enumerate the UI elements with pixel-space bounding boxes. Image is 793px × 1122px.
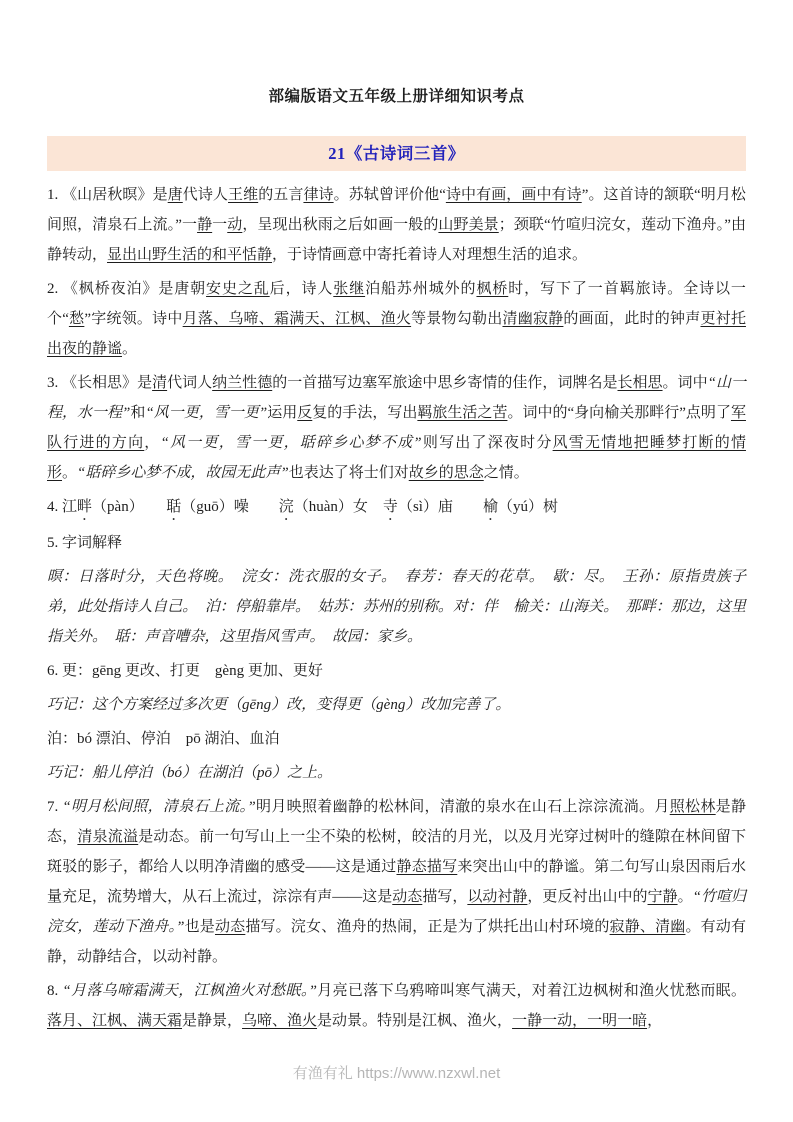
text-segment: 寂静、清幽 [610, 919, 686, 935]
text-segment: 清泉流溢 [77, 829, 138, 845]
text-segment: 。苏轼曾评价他“ [334, 187, 446, 203]
text-segment: “明月松间照，清泉石上流。” [62, 799, 255, 815]
text-segment: 描写。浣女、渔舟的热闹，正是为了烘托出山村环境的 [245, 919, 609, 935]
text-segment: 乌啼、渔火 [242, 1013, 317, 1029]
text-segment: 7. [47, 799, 62, 815]
footer-watermark: 有渔有礼 https://www.nzxwl.net [0, 1062, 793, 1083]
text-segment: 巧记：船儿停泊（bó）在湖泊（pō）之上。 [47, 765, 332, 781]
paragraph-point-3: 3. 《长相思》是清代词人纳兰性德的一首描写边塞军旅途中思乡寄情的佳作，词牌名是… [47, 368, 746, 488]
text-segment: 代词人 [167, 375, 212, 391]
document-body: 1. 《山居秋暝》是唐代诗人王维的五言律诗。苏轼曾评价他“诗中有画，画中有诗”。… [47, 180, 746, 1036]
text-segment: 张继 [333, 281, 365, 297]
text-segment: 之情。 [484, 465, 529, 481]
text-segment: 暝：日落时分，天色将晚。 浣女：洗衣服的女子。 春芳：春天的花草。 歇：尽。 王… [47, 569, 746, 645]
text-segment: 静态描写 [396, 859, 457, 875]
text-segment: 诗中有画，画中有诗 [446, 187, 582, 203]
text-segment: 聒 [166, 499, 181, 515]
text-segment: 律诗 [303, 187, 333, 203]
text-segment: 一 [212, 217, 227, 233]
paragraph-point-6-geng: 6. 更：gēng 更改、打更 gèng 更加、更好 [47, 656, 746, 686]
text-segment: 巧记：这个方案经过多次更（gēng）改，变得更（gèng）改加完善了。 [47, 697, 510, 713]
text-segment: 寺 [383, 499, 398, 515]
text-segment: “风一更，雪一更，聒碎乡心梦不成” [161, 435, 422, 451]
paragraph-point-8: 8. “月落乌啼霜满天，江枫渔火对愁眠。”月亮已落下乌鸦啼叫寒气满天，对着江边枫… [47, 976, 746, 1036]
text-segment: 显出山野生活的和平恬静 [107, 247, 272, 263]
text-segment: 浣 [279, 499, 294, 515]
paragraph-point-5-glossary: 暝：日落时分，天色将晚。 浣女：洗衣服的女子。 春芳：春天的花草。 歇：尽。 王… [47, 562, 746, 652]
text-segment: 。词中的“身向榆关那畔行”点明了 [507, 405, 731, 421]
text-segment: 唐 [168, 187, 183, 203]
text-segment: 1. 《山居秋暝》是 [47, 187, 168, 203]
paragraph-point-2: 2. 《枫桥夜泊》是唐朝安史之乱后，诗人张继泊船苏州城外的枫桥时，写下了一首羁旅… [47, 274, 746, 364]
text-segment: （guō）噪 [181, 499, 279, 515]
document-page: 部编版语文五年级上册详细知识考点 21《古诗词三首》 1. 《山居秋暝》是唐代诗… [0, 0, 793, 1036]
text-segment: 落月、江枫、满天霜 [47, 1013, 182, 1029]
text-segment: 是动景。特别是江枫、渔火， [317, 1013, 512, 1029]
paragraph-point-5-heading: 5. 字词解释 [47, 528, 746, 558]
text-segment: （yú）树 [498, 499, 558, 515]
text-segment: （sì）庙 [398, 499, 483, 515]
text-segment: 代诗人 [183, 187, 228, 203]
text-segment: 也是 [184, 919, 215, 935]
text-segment: ，于诗情画意中寄托着诗人对理想生活的追求。 [272, 247, 587, 263]
text-segment: 王维 [228, 187, 258, 203]
text-segment: 等景物勾勒出 [411, 311, 502, 327]
paragraph-point-6-bo: 泊：bó 漂泊、停泊 pō 湖泊、血泊 [47, 724, 746, 754]
paragraph-point-6-geng-mnemonic: 巧记：这个方案经过多次更（gēng）改，变得更（gèng）改加完善了。 [47, 690, 746, 720]
text-segment: ”字统领。诗中 [84, 311, 182, 327]
text-segment: ，呈现出秋雨之后如画一般的 [242, 217, 438, 233]
text-segment: 5. 字词解释 [47, 535, 122, 551]
text-segment: 枫桥 [476, 281, 508, 297]
text-segment: 清幽寂静 [502, 311, 563, 327]
text-segment: “月落乌啼霜满天，江枫渔火对愁眠。” [62, 983, 317, 999]
text-segment: 6. 更：gēng 更改、打更 gèng 更加、更好 [47, 663, 323, 679]
text-segment: 清 [152, 375, 167, 391]
text-segment: 安史之乱 [206, 281, 270, 297]
text-segment: 描写， [422, 889, 467, 905]
text-segment: 则写出了深夜时分 [422, 435, 553, 451]
text-segment: 泊：bó 漂泊、停泊 pō 湖泊、血泊 [47, 731, 280, 747]
text-segment: “聒碎乡心梦不成，故园无此声” [77, 465, 289, 481]
text-segment: ， [144, 435, 160, 451]
text-segment: 运用 [267, 405, 297, 421]
text-segment: 也表达了将士们对 [289, 465, 409, 481]
text-segment: 月落、乌啼、霜满天、江枫、渔火 [183, 311, 411, 327]
text-segment: 动 [227, 217, 242, 233]
text-segment: 3. 《长相思》是 [47, 375, 152, 391]
text-segment: 2. 《枫桥夜泊》是唐朝 [47, 281, 206, 297]
text-segment: 和 [130, 405, 145, 421]
text-segment: 动态 [392, 889, 422, 905]
text-segment: “风一更，雪一更” [145, 405, 267, 421]
text-segment: 榆 [483, 499, 498, 515]
text-segment: 反 [297, 405, 312, 421]
text-segment: 以动衬静 [467, 889, 527, 905]
text-segment: 畔 [77, 499, 92, 515]
paragraph-point-1: 1. 《山居秋暝》是唐代诗人王维的五言律诗。苏轼曾评价他“诗中有画，画中有诗”。… [47, 180, 746, 270]
text-segment: 一静一动，一明一暗 [512, 1013, 647, 1029]
text-segment: 愁 [69, 311, 84, 327]
text-segment: 是静景， [182, 1013, 242, 1029]
text-segment: 动态 [215, 919, 245, 935]
text-segment: 的画面，此时的钟声 [563, 311, 700, 327]
text-segment: 泊船苏州城外的 [365, 281, 476, 297]
text-segment: 后，诗人 [270, 281, 334, 297]
text-segment: 。词中 [663, 375, 708, 391]
text-segment: 山野美景 [438, 217, 498, 233]
section-banner: 21《古诗词三首》 [47, 136, 746, 171]
text-segment: 。 [62, 465, 77, 481]
document-title: 部编版语文五年级上册详细知识考点 [47, 84, 746, 106]
text-segment: 宁静 [648, 889, 678, 905]
text-segment: 照松林 [670, 799, 716, 815]
text-segment: 复的手法，写出 [312, 405, 417, 421]
text-segment: 纳兰性德 [212, 375, 272, 391]
text-segment: （huàn）女 [294, 499, 383, 515]
text-segment: （pàn） [92, 499, 166, 515]
text-segment: 明月映照着幽静的松林间，清澈的泉水在山石上淙淙流淌。月 [256, 799, 670, 815]
paragraph-point-4-pinyin: 4. 江畔（pàn） 聒（guō）噪 浣（huàn）女 寺（sì）庙 榆（yú）… [47, 492, 746, 524]
text-segment: ， [647, 1013, 662, 1029]
text-segment: 羁旅生活之苦 [417, 405, 507, 421]
text-segment: 。 [122, 341, 137, 357]
text-segment: 的五言 [258, 187, 303, 203]
text-segment: 长相思 [618, 375, 663, 391]
text-segment: ，更反衬出山中的 [527, 889, 647, 905]
text-segment: 。 [678, 889, 693, 905]
paragraph-point-6-bo-mnemonic: 巧记：船儿停泊（bó）在湖泊（pō）之上。 [47, 758, 746, 788]
text-segment: 的一首描写边塞军旅途中思乡寄情的佳作，词牌名是 [272, 375, 617, 391]
text-segment: 4. 江 [47, 499, 77, 515]
text-segment: 静 [197, 217, 212, 233]
text-segment: 8. [47, 983, 62, 999]
text-segment: 故乡的思念 [409, 465, 484, 481]
paragraph-point-7: 7. “明月松间照，清泉石上流。”明月映照着幽静的松林间，清澈的泉水在山石上淙淙… [47, 792, 746, 972]
text-segment: 月亮已落下乌鸦啼叫寒气满天，对着江边枫树和渔火忧愁而眠。 [317, 983, 746, 999]
